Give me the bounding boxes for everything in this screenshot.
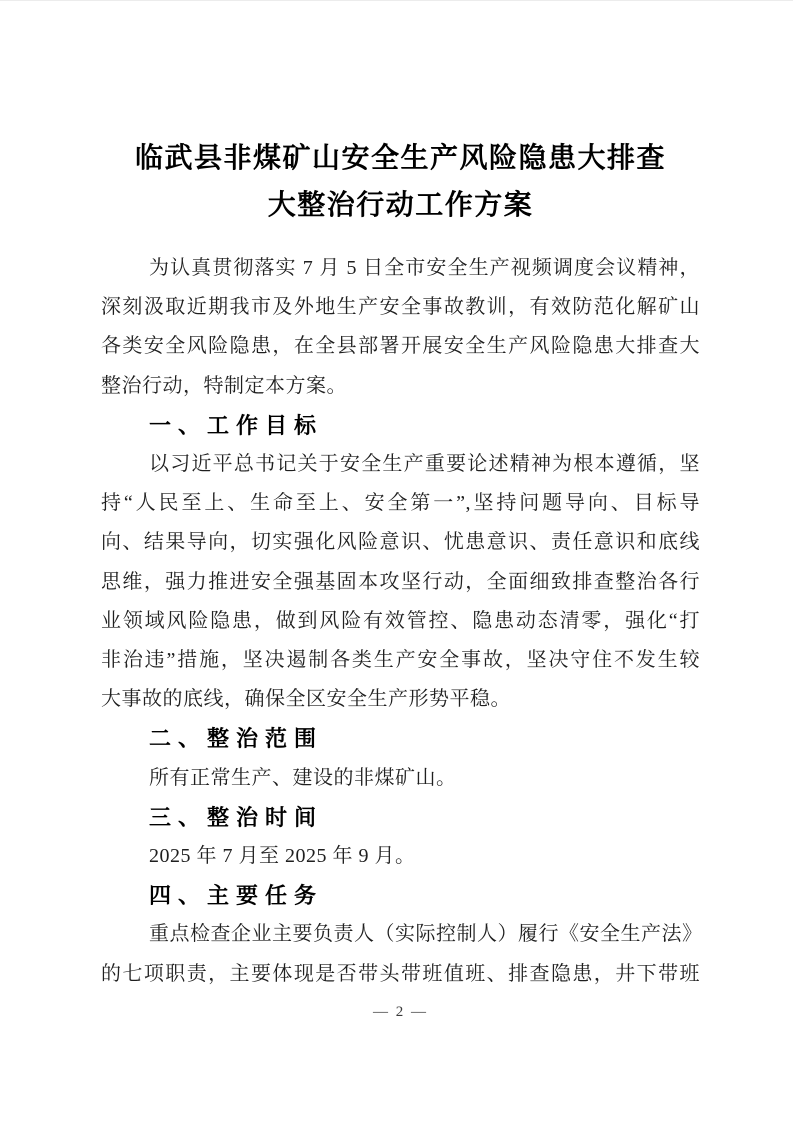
body-text-line: 重点检查企业主要负责人（实际控制人）履行《安全生产法》 bbox=[101, 915, 700, 954]
section-heading: 一、工作目标 bbox=[101, 406, 700, 445]
document-page: 临武县非煤矿山安全生产风险隐患大排查 大整治行动工作方案 为认真贯彻落实 7 月… bbox=[0, 0, 793, 1122]
document-title: 临武县非煤矿山安全生产风险隐患大排查 大整治行动工作方案 bbox=[101, 135, 700, 229]
document-body: 为认真贯彻落实 7 月 5 日全市安全生产视频调度会议精神，深刻汲取近期我市及外… bbox=[101, 249, 700, 994]
body-text-line: 所有正常生产、建设的非煤矿山。 bbox=[101, 759, 700, 798]
body-text-line: 深刻汲取近期我市及外地生产安全事故教训，有效防范化解矿山 bbox=[101, 288, 700, 327]
body-text-line: 向、结果导向，切实强化风险意识、忧患意识、责任意识和底线 bbox=[101, 523, 700, 562]
body-text-line: 各类安全风险隐患，在全县部署开展安全生产风险隐患大排查大 bbox=[101, 327, 700, 366]
body-text-line: 2025 年 7 月至 2025 年 9 月。 bbox=[101, 837, 700, 876]
body-text-line: 整治行动，特制定本方案。 bbox=[101, 367, 700, 406]
body-text-line: 持“人民至上、生命至上、安全第一”,坚持问题导向、目标导 bbox=[101, 484, 700, 523]
body-text-line: 思维，强力推进安全强基固本攻坚行动，全面细致排查整治各行 bbox=[101, 563, 700, 602]
body-text-line: 的七项职责，主要体现是否带头带班值班、排查隐患，井下带班 bbox=[101, 955, 700, 994]
section-heading: 二、整治范围 bbox=[101, 719, 700, 758]
document-title-line-2: 大整治行动工作方案 bbox=[101, 182, 700, 229]
section-heading: 三、整治时间 bbox=[101, 798, 700, 837]
page-number: — 2 — bbox=[101, 1002, 700, 1022]
body-text-line: 业领域风险隐患，做到风险有效管控、隐患动态清零，强化“打 bbox=[101, 602, 700, 641]
body-text-line: 为认真贯彻落实 7 月 5 日全市安全生产视频调度会议精神， bbox=[101, 249, 700, 288]
document-title-line-1: 临武县非煤矿山安全生产风险隐患大排查 bbox=[101, 135, 700, 182]
body-text-line: 非治违”措施，坚决遏制各类生产安全事故，坚决守住不发生较 bbox=[101, 641, 700, 680]
body-text-line: 大事故的底线，确保全区安全生产形势平稳。 bbox=[101, 680, 700, 719]
section-heading: 四、主要任务 bbox=[101, 876, 700, 915]
body-text-line: 以习近平总书记关于安全生产重要论述精神为根本遵循，坚 bbox=[101, 445, 700, 484]
